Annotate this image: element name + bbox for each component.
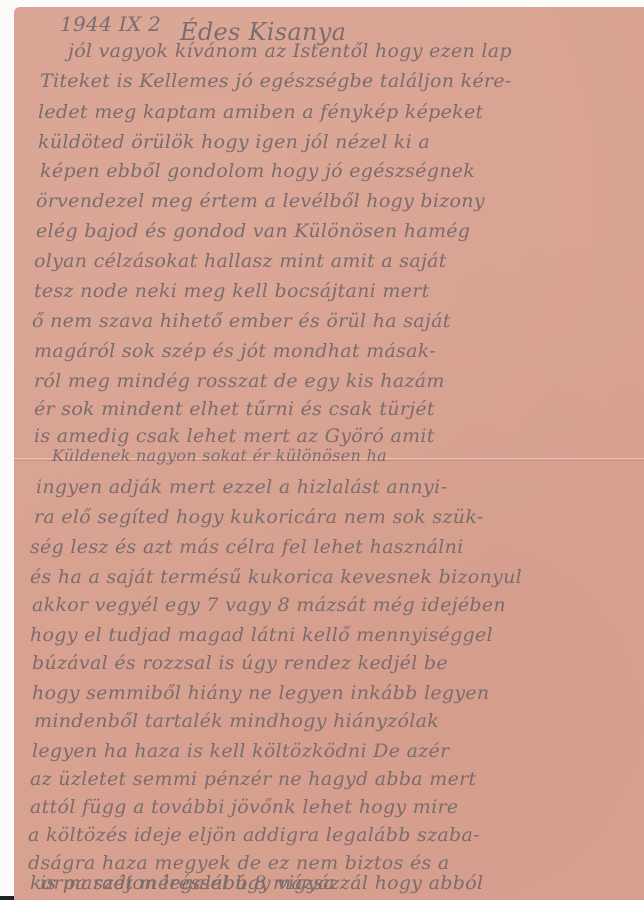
letter-line: elég bajod és gondod van Különösen hamég [36, 220, 470, 242]
letter-line: ő nem szava hihető ember és örül ha sajá… [32, 310, 451, 332]
letter-line: is maradjon legalább 8 mázsa [40, 872, 335, 894]
letter-line: az üzletet semmi pénzér ne hagyd abba me… [30, 768, 476, 790]
letter-line: Küldenek nagyon sokat ér különösen ha [52, 446, 387, 465]
letter-line: búzával és rozzsal is úgy rendez kedjél … [32, 652, 448, 674]
letter-line: ra elő segíted hogy kukoricára nem sok s… [34, 506, 484, 528]
letter-line: olyan célzásokat hallasz mint amit a saj… [34, 250, 447, 272]
letter-line: is amedig csak lehet mert az Györó amit [34, 425, 435, 447]
letter-line: képen ebből gondolom hogy jó egészségnek [40, 160, 475, 182]
letter-line: ingyen adják mert ezzel a hizlalást anny… [36, 476, 447, 498]
letter-text: 1944 IX 2 Édes Kisanya jól vagyok kíváno… [0, 0, 644, 900]
letter-line: akkor vegyél egy 7 vagy 8 mázsát még ide… [32, 594, 506, 616]
letter-line: hogy el tudjad magad látni kellő mennyis… [30, 624, 493, 646]
letter-line: a költözés ideje eljön addigra legalább … [28, 824, 480, 846]
letter-line: ledet meg kaptam amiben a fénykép képeke… [38, 101, 483, 123]
letter-line: jól vagyok kívánom az Istentől hogy ezen… [68, 40, 512, 62]
letter-line: magáról sok szép és jót mondhat másak- [34, 340, 436, 362]
letter-line: legyen ha haza is kell költözködni De az… [32, 740, 449, 762]
letter-line: ér sok mindent elhet tűrni és csak türjé… [34, 398, 435, 420]
letter-line: dságra haza megyek de ez nem biztos és a [28, 852, 450, 874]
letter-line: örvendezel meg értem a levélből hogy biz… [36, 190, 485, 212]
letter-date: 1944 IX 2 [60, 12, 161, 36]
letter-line: ség lesz és azt más célra fel lehet hasz… [30, 536, 464, 558]
letter-line: küldöted örülök hogy igen jól nézel ki a [38, 131, 430, 153]
letter-line: és ha a saját termésű kukorica kevesnek … [30, 566, 522, 588]
letter-line: tesz node neki meg kell bocsájtani mert [34, 280, 430, 302]
letter-line: hogy semmiből hiány ne legyen inkább leg… [32, 682, 489, 704]
letter-line: Titeket is Kellemes jó egészségbe találj… [40, 70, 512, 92]
letter-line: mindenből tartalék mindhogy hiányzólak [34, 710, 439, 732]
letter-line: ról meg mindég rosszat de egy kis hazám [34, 370, 445, 392]
letter-line: attól függ a további jövőnk lehet hogy m… [30, 796, 458, 818]
